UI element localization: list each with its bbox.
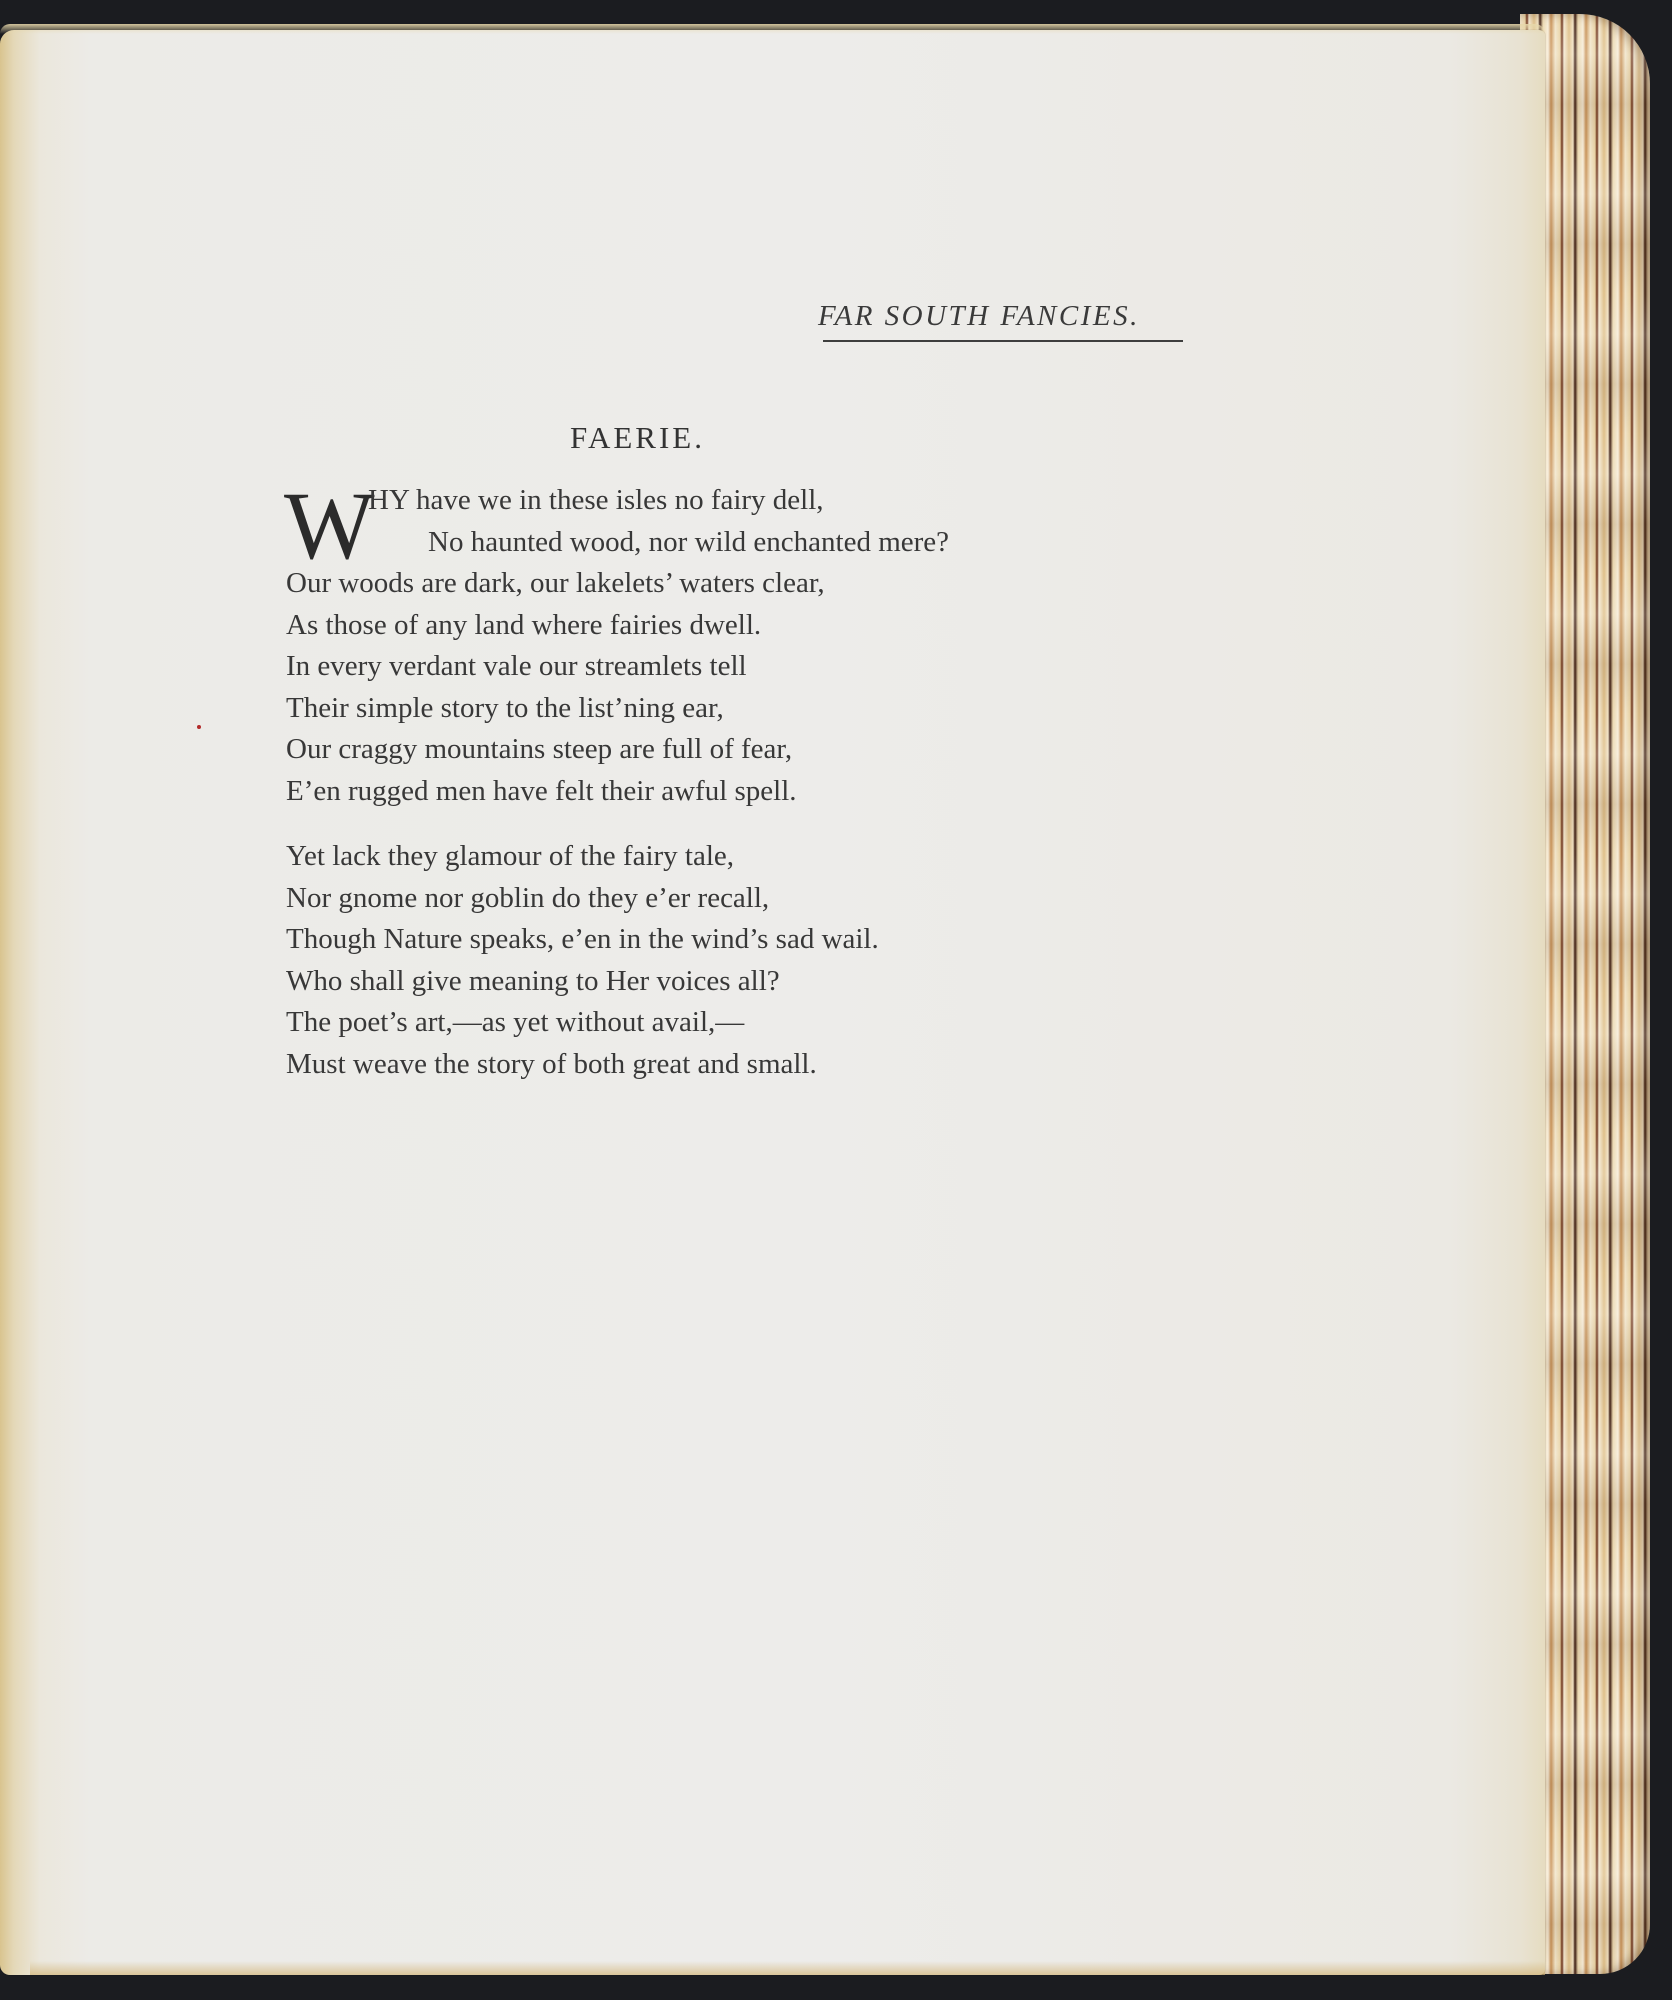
poem-line: Yet lack they glamour of the fairy tale,: [286, 836, 949, 878]
stanza-break: [286, 812, 949, 836]
book-photo: FAR SOUTH FANCIES. FAERIE. W HY have we …: [0, 0, 1672, 2000]
poem-line: Their simple story to the list’ning ear,: [286, 688, 949, 730]
poem-line: As those of any land where fairies dwell…: [286, 605, 949, 647]
poem-line: Nor gnome nor goblin do they e’er recall…: [286, 878, 949, 920]
stanza-1: HY have we in these isles no fairy dell,…: [286, 480, 949, 812]
poem-line: E’en rugged men have felt their awful sp…: [286, 771, 949, 813]
poem-line: In every verdant vale our streamlets tel…: [286, 646, 949, 688]
ink-speck: [197, 725, 201, 729]
poem-line: Must weave the story of both great and s…: [286, 1044, 949, 1086]
poem-body: HY have we in these isles no fairy dell,…: [286, 480, 949, 1085]
poem-line: HY have we in these isles no fairy dell,: [286, 480, 949, 522]
poem-line: Our woods are dark, our lakelets’ waters…: [286, 563, 949, 605]
stanza-2: Yet lack they glamour of the fairy tale,…: [286, 836, 949, 1085]
poem-line: The poet’s art,—as yet without avail,—: [286, 1002, 949, 1044]
poem-line: No haunted wood, nor wild enchanted mere…: [286, 522, 949, 564]
poem-line: Who shall give meaning to Her voices all…: [286, 961, 949, 1003]
running-head: FAR SOUTH FANCIES.: [818, 300, 1188, 333]
poem-line: Though Nature speaks, e’en in the wind’s…: [286, 919, 949, 961]
poem-title: FAERIE.: [570, 420, 705, 456]
poem-line: Our craggy mountains steep are full of f…: [286, 729, 949, 771]
running-head-rule: [823, 340, 1183, 342]
